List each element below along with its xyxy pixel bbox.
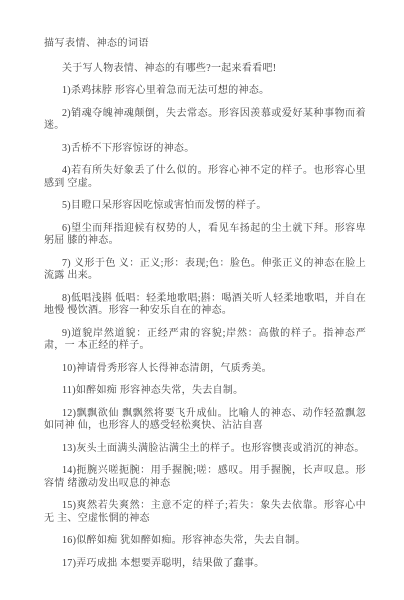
definition-item-5: 5)目瞪口呆形容因吃惊或害怕而发愣的样子。 <box>44 200 366 213</box>
definition-item-15: 15)爽然若失爽然：主意不定的样子;若失：象失去依靠。形容心中无 主、空虚怅惘的… <box>44 500 366 525</box>
definition-item-10: 10)神请骨秀形容人长得神态清朗，气质秀美。 <box>44 363 366 376</box>
definition-item-6: 6)望尘而拜指迎候有权势的人，看见车扬起的尘土就下拜。形容卑躬屈 膝的神态。 <box>44 223 366 248</box>
document-title: 描写表情、神态的词语 <box>44 38 366 51</box>
definition-item-7: 7) 义形于色 义：正义;形：表现;色：脸色。伸张正义的神态在脸上流露 出来。 <box>44 258 366 283</box>
definition-item-13: 13)灰头土面满头满脸沾满尘土的样子。也形容懊丧或消沉的神态。 <box>44 443 366 456</box>
definition-item-4: 4)若有所失好象丢了什么似的。形容心神不定的样子。也形容心里感到 空虚。 <box>44 165 366 190</box>
definition-item-1: 1)杀鸡抹脖 形容心里着急而无法可想的神态。 <box>44 85 366 98</box>
definition-item-8: 8)低唱浅斟 低唱：轻柔地歌唱;斟：喝酒关听人轻柔地歌唱，并自在地慢 慢饮酒。形… <box>44 293 366 318</box>
definition-item-2: 2)销魂夺魄神魂颠倒，失去常态。形容因羡慕或爱好某种事物而着迷。 <box>44 108 366 133</box>
definition-item-9: 9)道貌岸然道貌：正经严肃的容貌;岸然：高傲的样子。指神态严肃，一 本正经的样子… <box>44 328 366 353</box>
definition-item-17: 17)弄巧成拙 本想要弄聪明，结果做了蠢事。 <box>44 558 366 571</box>
definition-item-11: 11)如醉如痴 形容神态失常，失去自制。 <box>44 385 366 398</box>
document-page: 描写表情、神态的词语 关于写人物表情、神态的有哪些?一起来看看吧! 1)杀鸡抹脖… <box>0 0 404 600</box>
definition-item-16: 16)似醉如痴 犹如醉如痴。形容神态失常，失去自制。 <box>44 535 366 548</box>
definition-item-3: 3)舌桥不下形容惊讶的神态。 <box>44 143 366 156</box>
definition-item-12: 12)飘飘欲仙 飘飘然将要飞升成仙。比喻人的神态、动作轻盈飘忽如同神 仙，也形容… <box>44 408 366 433</box>
definition-item-14: 14)扼腕兴嗟扼腕：用手握腕;嗟：感叹。用手握腕，长声叹息。形容情 绪激动发出叹… <box>44 465 366 490</box>
intro-line: 关于写人物表情、神态的有哪些?一起来看看吧! <box>44 63 366 76</box>
